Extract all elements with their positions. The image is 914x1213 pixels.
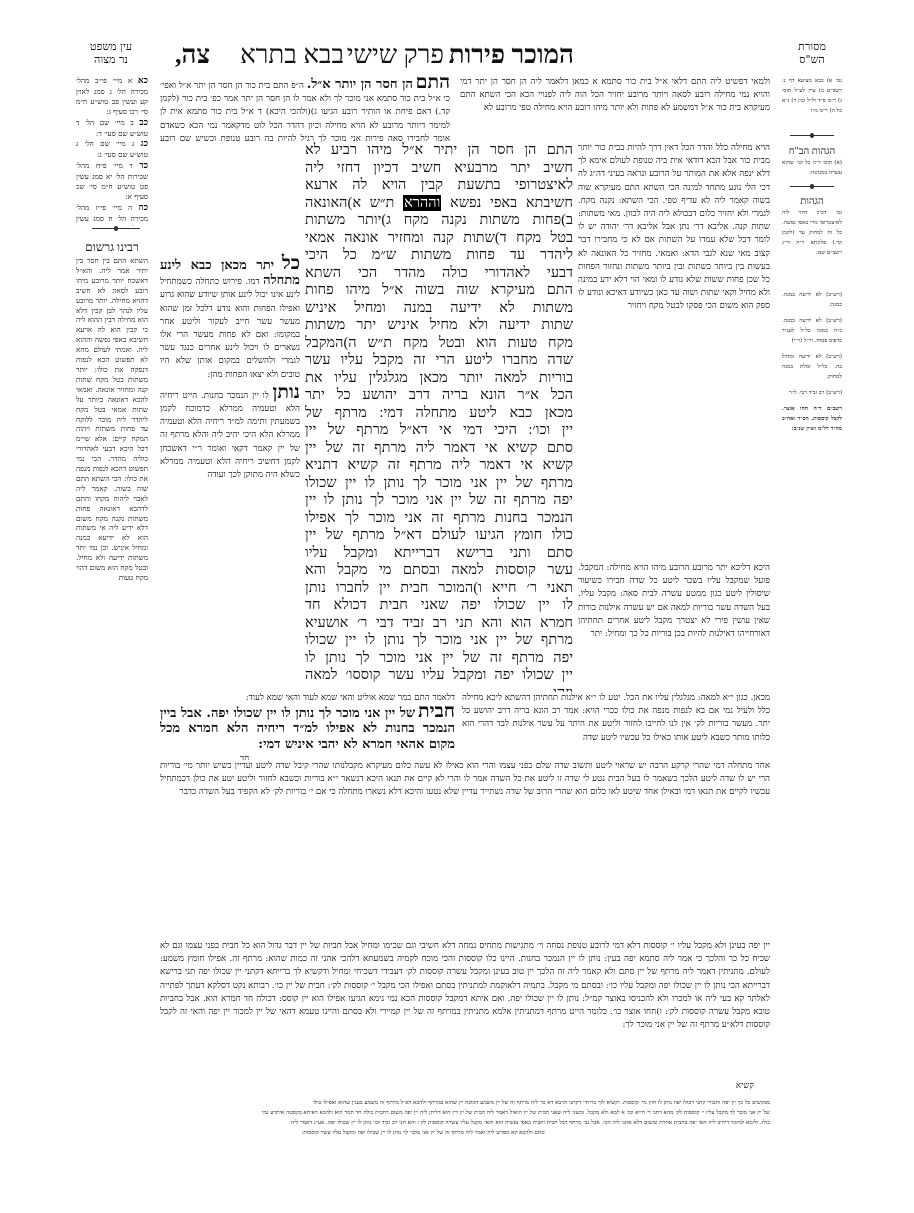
hagahot-habach-text: (א) תוס׳ ד״ה כל וכו׳ שהוא עשרה במנהגה:: [782, 158, 842, 182]
hagahot-note: (רש״ב) לא ידיעה במנה. כמנה:: [782, 290, 842, 310]
gemara-line: וזהו: [305, 685, 573, 693]
perek-label: פרק שישי: [347, 40, 444, 70]
rashi-column: הויא מחילה כלל והדר הכל דאין דרך להיות ב…: [578, 142, 770, 562]
page-header: מסורת הש"ס המוכר פירות פרק שישי בבא בתרא…: [0, 40, 914, 70]
gemara-line: בוריות למאה יותר מכאן מגלגלין עליו את: [305, 370, 573, 388]
tosafot-section-text: לו יין הנמכר בחנות. הייט ריחיה הלא וטעמי…: [160, 391, 300, 480]
masoret-hashas-label: מסורת הש"ס: [782, 40, 842, 66]
rashi-top: ולמאי דפשיט ליה התם דלאי א״ל בית כור סתמ…: [460, 76, 770, 142]
kashya-word: קשיא: [694, 1080, 754, 1093]
gemara-line: יפה מרתף זה של יין אני מוכר לך נותן לו י…: [305, 492, 573, 510]
ein-mishpat-item: כג ג מיי׳ שם הל׳ ג טוש״ע שם סעי׳ ג:: [76, 139, 148, 160]
gemara-line: סתם ותני ברישא דברייתא ומקבל עליו: [305, 545, 573, 563]
gemara-line: תאני ר׳ חייא ו)המוכר חבית יין לחברו נותן: [305, 580, 573, 598]
gemara-line: בטל מקח ד)שתות קנה ומחזיר אונאה אמאי: [305, 230, 573, 248]
hagahot-title: הגהות: [782, 196, 842, 207]
ein-mishpat-column: כא א מיי׳ פי״ב מהל׳ מכירה הל׳ ג סמג לאוי…: [76, 76, 148, 226]
hagahot-note: (רש״ב) רב זביד דבי. ל״ר: [782, 388, 842, 398]
gemara-line: מקח טעות הוא ובטל מקח ת״ש ה)המקבל: [305, 335, 573, 353]
tosafot-section-opening: נותן: [273, 382, 300, 403]
rashi-bottom-continuation: יין יפה בעינן ולא מקבל עליו י׳ קוססות דל…: [160, 940, 770, 1098]
rabbeinu-gershom-text: השתא התם בין חסר בין יתיר אמר ליה. והא״ל…: [76, 256, 148, 936]
footnote-line: מבקשים כל כך יין יפה ותכורי קתני דכולו י…: [76, 1098, 770, 1108]
hagahot-note: (רש״ב) לא ידיעה במנה. כ״ה במגה כל״ל לענ״…: [782, 316, 842, 346]
footnote-line: של יין אני מוכר לך מקבל עליו י׳ קוססות ל…: [76, 1108, 770, 1118]
tosafot-dibur-hamatchil: הן חסר הן יותר א״ל.: [307, 77, 413, 92]
rashi-wide-continuation: אחר מתחלה דמי שהרי קרקע הרבה יש שראוי לי…: [160, 760, 770, 940]
gemara-line: יין שכולו יפה ומקבל עליו עשר קוססו׳ למאה: [305, 667, 573, 685]
tosafot-section-2: כל יתר מכאן כבא לינע מתחלה דמו. פירוש כת…: [160, 257, 300, 382]
hagahot-notes: (רש״ב) לא ידיעה במנה. כמנה: (רש״ב) לא יד…: [782, 290, 842, 490]
tosafot-chavit-text: של יין אני מוכר לך נותן לו יין שכולו יפה…: [160, 706, 455, 751]
gemara-line: דבעי לאהדורי כולה מהדר הכי השתא: [305, 265, 573, 283]
tosafot-chavit-pre: דלאמר התם כמר שמא אוליט והאי שמא לעוד וה…: [160, 692, 455, 705]
gemara-line: שתות ידיעה ולא מחיל איניש יתר משתות: [305, 317, 573, 335]
hagahot-habach-title: הגהות הב"ח: [782, 146, 842, 157]
rashi-column-lower: היכא דליכא יתר מרובע הרובע מיהו הויא מחי…: [578, 562, 770, 692]
ein-mishpat-item: כה ה מיי׳ פי״ז מהל׳ מכירה הל׳ ח סמג עשין…: [76, 203, 148, 226]
highlighted-word: וההרא: [403, 195, 441, 211]
tosafot-section-nosen: נותן לו יין הנמכר בחנות. הייט ריחיה הלא …: [160, 386, 300, 482]
gemara-line: התם מעיקרא שוה בשוה א״ל מיהו פחות: [305, 282, 573, 300]
gemara-line: לאיצטרופי בתשעת קבין הויא לה ארעא: [305, 177, 573, 195]
gemara-line: הנמכר בחנות מרתף זה אני מוכר לך אפילו: [305, 510, 573, 528]
rashi-lower-right: מכאן. כגון י״א למאה: מגלגלין עליו את הכל…: [462, 692, 770, 760]
tosafot-chavit-dh: חבית: [418, 701, 455, 722]
gemara-line: קשיא אי דאמר ליה מרתף זה קשיא דתניא: [305, 457, 573, 475]
gemara-line: שדה מחברו ליטע הרי זה מקבל עליו עשר: [305, 352, 573, 370]
gemara-line: מכאן כבא ליטע מתחלה דמי: מרתף של: [305, 405, 573, 423]
tosafot-chad: חד: [160, 753, 455, 760]
hagahot-note: (רש״ב) לא ידיעה ומחיל בה. כל״ל ומלת במנה…: [782, 352, 842, 382]
gemara-line: כולו חומץ הגיעו לעולם דא״ל מרתף של יין: [305, 527, 573, 545]
gemara-line: חמרא הוא והא תני רב זביד דבי ר׳ אושעיא: [305, 615, 573, 633]
gemara-line: ליהדר עד פחות משתות ש״מ כל היכי: [305, 247, 573, 265]
ein-mishpat-label: עין משפט נר מצוה: [76, 40, 146, 66]
masoret-hashas-column: גמ׳ א) כבא מציעא דף נ: רשב״ם ב) עיין לע״…: [782, 76, 842, 124]
gemara-line: הכל א״ר הונא בריה דרב יהושע כל יתר: [305, 387, 573, 405]
gemara-line: חשיבתא באפי נפשא וההרא ת״ש א)האונאה: [305, 195, 573, 213]
gemara-line: יין וכו׳: היכי דמי אי דא״ל מרתף של יין: [305, 422, 573, 440]
tosafot-top: התם הן חסר הן יותר א״ל. ה״פ התם בית כור …: [160, 76, 450, 142]
daf-number: צה,: [175, 40, 210, 70]
gemara-line: מרתף של יין אני מוכר לך נותן לו יין שכול…: [305, 632, 573, 650]
tosafot-opening-word: התם: [416, 76, 450, 93]
gemara-text: התם הן חסר הן יתיר א״ל מיהו רביע לא חשיב…: [305, 142, 573, 692]
ein-mishpat-item: כד ד מיי׳ פ״ח מהל׳ שכירות הל׳ יא סמג עשי…: [76, 161, 148, 202]
tractate-name: בבא בתרא: [240, 40, 344, 70]
gemara-line: מרתף של יין אני מוכר לך נותן לו יין שכול…: [305, 475, 573, 493]
tosafot-column: כל יתר מכאן כבא לינע מתחלה דמו. פירוש כת…: [160, 142, 300, 690]
gemara-line: עשר קוססות למאה ובסתם מי מקבל והא: [305, 562, 573, 580]
ornament-divider: [790, 135, 834, 137]
gemara-line: ב)פחות משתות נקנה מקח ג)יותר משתות: [305, 212, 573, 230]
ein-mishpat-item: כא א מיי׳ פי״ב מהל׳ מכירה הל׳ ג סמג לאוי…: [76, 76, 148, 117]
ornament-divider: [790, 186, 834, 188]
footnote-line: סתם ולהכא קא מפרש ליה ואמר ליה מרתף זה ש…: [76, 1128, 770, 1138]
gemara-line: סתם קשיא אי דאמר ליה מרתף זה של יין: [305, 440, 573, 458]
hagahot-note: רשב״ם ד״ה חחו אוצר. לקבל קוססות. הס״ד וא…: [782, 404, 842, 434]
gemara-line: חשיב יתר מרבעיא חשיב דכיון דחזי ליה: [305, 160, 573, 178]
hagahot-text: גמ׳ דכיון דחזי ליה לאיצטרופי מרי באפי נפ…: [782, 208, 842, 278]
ornament-divider: [92, 228, 140, 230]
chapter-title: המוכר פירות: [449, 40, 574, 70]
tosafot-section-opening: כל: [282, 253, 300, 274]
tosafot-section-text: דמו. פירוש כתחלה כשמתחיל לינע אינו יכול …: [160, 277, 300, 379]
footnote-block: מבקשים כל כך יין יפה ותכורי קתני דכולו י…: [76, 1098, 770, 1138]
gemara-line: התם הן חסר הן יתיר א״ל מיהו רביע לא: [305, 142, 573, 160]
gemara-line: יפה מרתף זה של יין אני מוכר לך נותן לו: [305, 650, 573, 668]
gemara-line: לו יין שכולו יפה שאני חבית דכולא חד: [305, 597, 573, 615]
gemara-line: משתות לא ידיעה במנה ומחיל איניש: [305, 300, 573, 318]
rabbeinu-gershom-title: רבינו גרשום: [76, 240, 148, 255]
tosafot-continuation: [160, 142, 300, 257]
footnote-line: כולו. ולימא למימר דיהיב ליה האי יפה בחבי…: [76, 1118, 770, 1128]
ein-mishpat-item: כב ב מיי׳ שם הל׳ ד טוש״ע שם סעי׳ ד:: [76, 118, 148, 139]
tosafot-lower-left: דלאמר התם כמר שמא אוליט והאי שמא לעוד וה…: [160, 692, 455, 760]
